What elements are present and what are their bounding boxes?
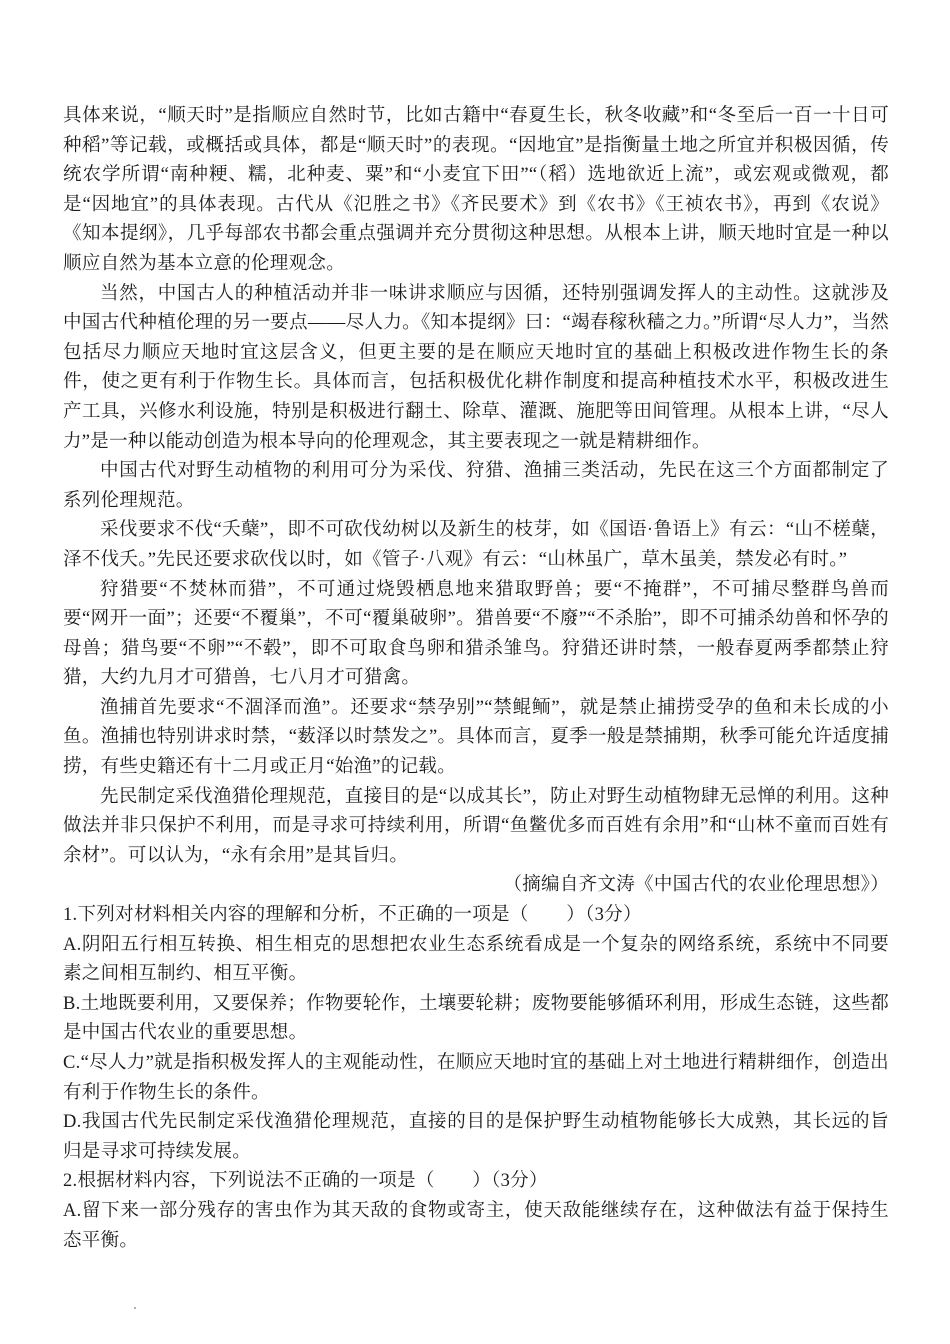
question-1-option-c: C.“尽人力”就是指积极发挥人的主观能动性，在顺应天地时宜的基础上对土地进行精耕… [63, 1049, 889, 1108]
question-1-option-d: D.我国古代先民制定采伐渔猎伦理规范，直接的目的是保护野生动植物能够长大成熟，其… [63, 1108, 889, 1167]
source-attribution: （摘编自齐文涛《中国古代的农业伦理思想》） [63, 871, 889, 901]
passage-paragraph: 狩猎要“不焚林而猎”，不可通过烧毁栖息地来猎取野兽；要“不掩群”，不可捕尽整群鸟… [63, 576, 889, 694]
question-1-option-b: B.土地既要利用，又要保养；作物要轮作，土壤要轮耕；废物要能够循环利用，形成生态… [63, 990, 889, 1049]
passage-paragraph: 渔捕首先要求“不涸泽而渔”。还要求“禁孕别”“禁鲲鲕”，就是禁止捕捞受孕的鱼和未… [63, 694, 889, 783]
question-2-option-a: A.留下来一部分残存的害虫作为其天敌的食物或寄主，使天敌能继续存在，这种做法有益… [63, 1197, 889, 1256]
passage-paragraph: 先民制定采伐渔猎伦理规范，直接目的是“以成其长”，防止对野生动植物肆无忌惮的利用… [63, 783, 889, 872]
page-speck [134, 1307, 136, 1309]
passage-paragraph: 当然，中国古人的种植活动并非一味讲求顺应与因循，还特别强调发挥人的主动性。这就涉… [63, 280, 889, 458]
question-2: 2.根据材料内容，下列说法不正确的一项是（ ）（3分） A.留下来一部分残存的害… [63, 1167, 889, 1256]
passage-paragraph: 中国古代对野生动植物的利用可分为采伐、狩猎、渔捕三类活动，先民在这三个方面都制定… [63, 457, 889, 516]
question-1-stem: 1.下列对材料相关内容的理解和分析，不正确的一项是（ ）（3分） [63, 901, 889, 931]
question-1-option-a: A.阴阳五行相互转换、相生相克的思想把农业生态系统看成是一个复杂的网络系统，系统… [63, 931, 889, 990]
exam-page: 具体来说，“顺天时”是指顺应自然时节，比如古籍中“春夏生长，秋冬收藏”和“冬至后… [0, 0, 950, 1344]
passage-paragraph-continuation: 具体来说，“顺天时”是指顺应自然时节，比如古籍中“春夏生长，秋冬收藏”和“冬至后… [63, 102, 889, 280]
question-2-stem: 2.根据材料内容，下列说法不正确的一项是（ ）（3分） [63, 1167, 889, 1197]
question-1: 1.下列对材料相关内容的理解和分析，不正确的一项是（ ）（3分） A.阴阳五行相… [63, 901, 889, 1167]
passage-paragraph: 采伐要求不伐“夭蘖”，即不可砍伐幼树以及新生的枝芽，如《国语·鲁语上》有云：“山… [63, 516, 889, 575]
